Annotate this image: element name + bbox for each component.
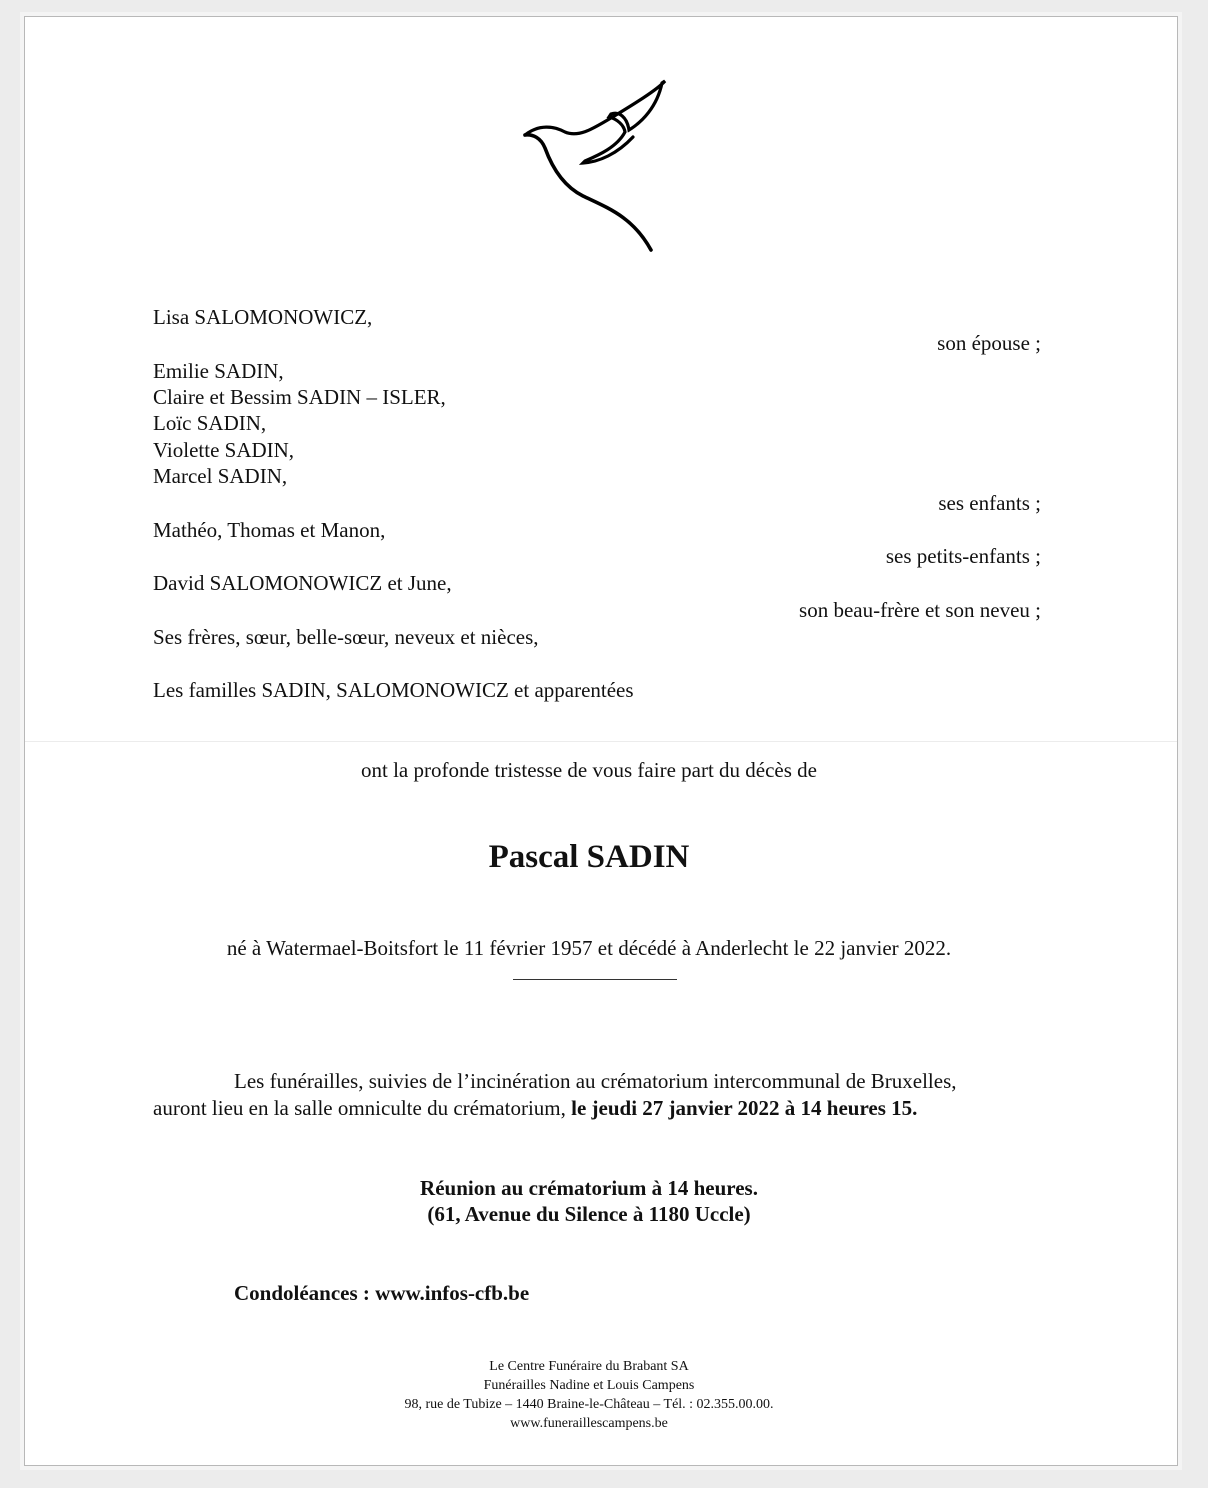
footer-address: 98, rue de Tubize – 1440 Braine-le-Châte… bbox=[1, 1395, 1177, 1414]
spouse-name: Lisa SALOMONOWICZ, bbox=[153, 304, 372, 330]
meeting-address: (61, Avenue du Silence à 1180 Uccle) bbox=[1, 1201, 1177, 1227]
deceased-dates: né à Watermael-Boitsfort le 11 février 1… bbox=[1, 935, 1177, 961]
child-name: Marcel SADIN, bbox=[153, 463, 287, 489]
footer-website: www.funeraillescampens.be bbox=[1, 1414, 1177, 1433]
obituary-page: Lisa SALOMONOWICZ, son épouse ; Emilie S… bbox=[24, 16, 1178, 1466]
meeting-info: Réunion au crématorium à 14 heures. bbox=[1, 1175, 1177, 1201]
child-name: Violette SADIN, bbox=[153, 437, 294, 463]
footer-funeral-home: Funérailles Nadine et Louis Campens bbox=[1, 1376, 1177, 1395]
funeral-line-1: Les funérailles, suivies de l’incinérati… bbox=[234, 1068, 957, 1094]
families-line: Les familles SADIN, SALOMONOWICZ et appa… bbox=[153, 677, 634, 703]
children-relation: ses enfants ; bbox=[938, 490, 1041, 516]
announcement: ont la profonde tristesse de vous faire … bbox=[1, 757, 1177, 783]
inlaw-relation: son beau-frère et son neveu ; bbox=[799, 597, 1041, 623]
footer-company: Le Centre Funéraire du Brabant SA bbox=[1, 1357, 1177, 1376]
grandchildren-names: Mathéo, Thomas et Manon, bbox=[153, 517, 385, 543]
funeral-line-2: auront lieu en la salle omniculte du cré… bbox=[153, 1096, 566, 1120]
dove-icon bbox=[513, 62, 673, 262]
funeral-datetime: le jeudi 27 janvier 2022 à 14 heures 15. bbox=[571, 1096, 917, 1120]
child-name: Claire et Bessim SADIN – ISLER, bbox=[153, 384, 446, 410]
child-name: Loïc SADIN, bbox=[153, 410, 266, 436]
inlaw-names: David SALOMONOWICZ et June, bbox=[153, 570, 452, 596]
separator-line bbox=[513, 979, 677, 980]
fold-line bbox=[25, 741, 1177, 742]
condolences-label: Condoléances : bbox=[234, 1281, 370, 1305]
condolences-link[interactable]: www.infos-cfb.be bbox=[375, 1281, 529, 1305]
grandchildren-relation: ses petits-enfants ; bbox=[886, 543, 1041, 569]
spouse-relation: son épouse ; bbox=[937, 330, 1041, 356]
deceased-name: Pascal SADIN bbox=[1, 837, 1177, 877]
siblings-line: Ses frères, sœur, belle-sœur, neveux et … bbox=[153, 624, 539, 650]
child-name: Emilie SADIN, bbox=[153, 358, 284, 384]
